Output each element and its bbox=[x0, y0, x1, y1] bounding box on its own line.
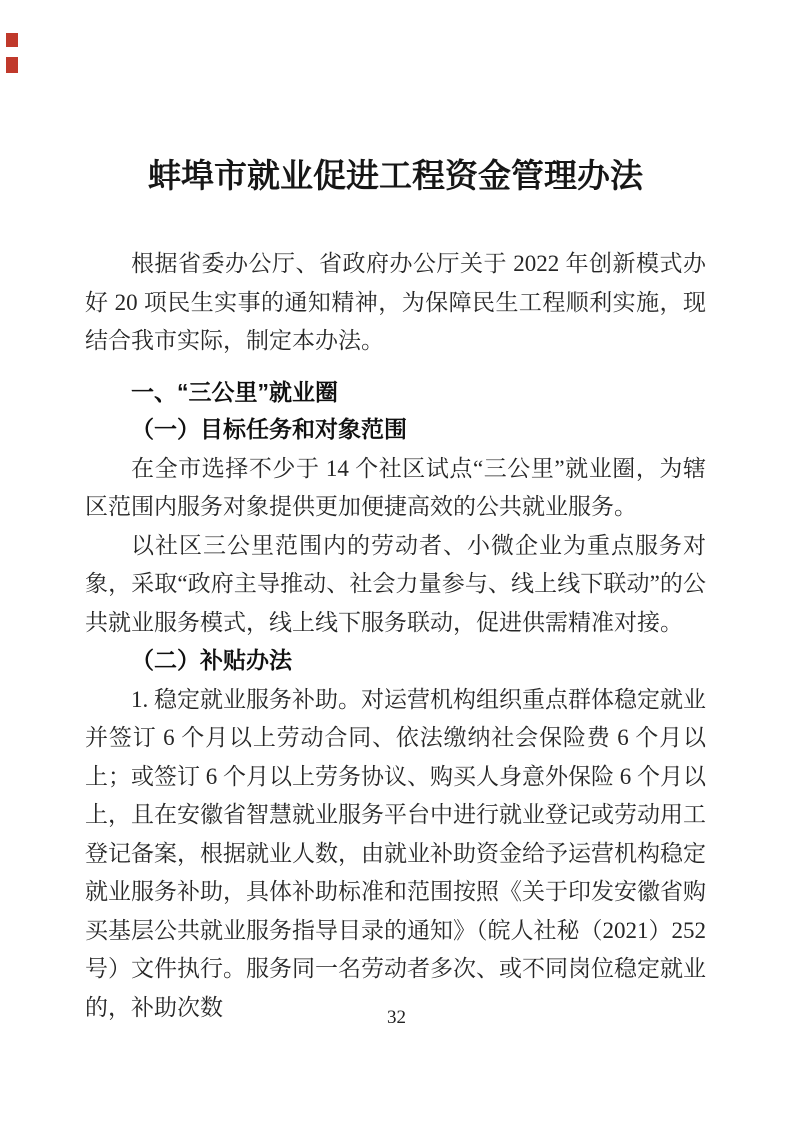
document-page: 蚌埠市就业促进工程资金管理办法 根据省委办公厅、省政府办公厅关于 2022 年创… bbox=[0, 0, 793, 1122]
paragraph-stable-employment-subsidy: 1. 稳定就业服务补助。对运营机构组织重点群体稳定就业并签订 6 个月以上劳动合… bbox=[85, 681, 706, 1028]
section-heading-three-km-employment-circle: 一、“三公里”就业圈 bbox=[85, 373, 706, 412]
subsection-heading-subsidy-measures: （二）补贴办法 bbox=[85, 642, 706, 681]
red-annotation-mark-icon bbox=[6, 57, 18, 73]
document-title: 蚌埠市就业促进工程资金管理办法 bbox=[85, 157, 706, 197]
subsection-heading-target-tasks: （一）目标任务和对象范围 bbox=[85, 411, 706, 450]
paragraph-community-pilot: 在全市选择不少于 14 个社区试点“三公里”就业圈，为辖区范围内服务对象提供更加… bbox=[85, 450, 706, 527]
paragraph-preamble: 根据省委办公厅、省政府办公厅关于 2022 年创新模式办好 20 项民生实事的通… bbox=[85, 245, 706, 361]
page-number: 32 bbox=[0, 1005, 793, 1031]
document-content: 蚌埠市就业促进工程资金管理办法 根据省委办公厅、省政府办公厅关于 2022 年创… bbox=[85, 157, 706, 1027]
paragraph-service-targets: 以社区三公里范围内的劳动者、小微企业为重点服务对象，采取“政府主导推动、社会力量… bbox=[85, 527, 706, 643]
red-annotation-mark-icon bbox=[6, 33, 18, 47]
